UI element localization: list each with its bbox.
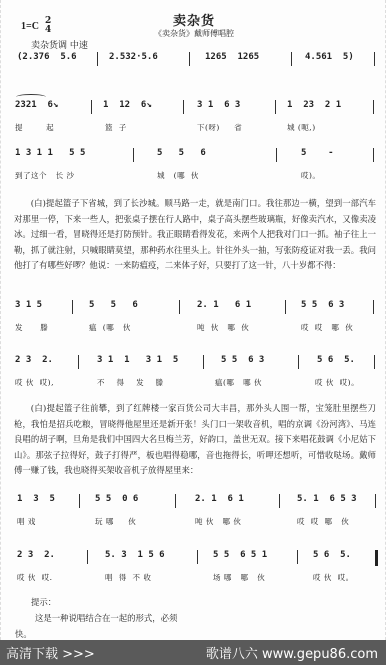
measure: 1 3 1 1 5 5 [15, 148, 85, 158]
measure: 3 1 5 [15, 300, 42, 310]
barline [179, 300, 180, 314]
time-bottom: 4 [45, 26, 51, 35]
lyric: 到了这个 长 沙 [15, 170, 75, 181]
lyric: 篮 子 [105, 122, 127, 133]
measure: 2.532·5.6 [109, 52, 158, 62]
lyrics-line-6: 哎 伙 哎. 唱 得 不 收 场 哪 哪 伙 哎 伙 哎。 [1, 572, 386, 588]
measure: 5. 1 6 5 3 [297, 494, 357, 504]
lyric: 场 哪 哪 伙 [213, 572, 265, 583]
hd-download-link[interactable]: 高清下载 >>> [6, 643, 95, 662]
measure: 2. 1 6 1 [195, 494, 244, 504]
lyric: 唱 戏 [17, 516, 36, 527]
barline [72, 300, 73, 314]
lyrics-line-5: 唱 戏 玩 哪 伙 吨 伙 哪 伙 哎 哎 哪 伙 [1, 516, 386, 532]
measure: 1 12 6↘ [103, 100, 152, 110]
lyric: 发 滕 [15, 322, 48, 333]
lyrics-line-3: 发 滕 瘟 (哪 伙 吨 伙 哪 伙 哎 哎 哪 伙 [1, 322, 386, 338]
measure: 3 1 6 3 [197, 100, 240, 110]
barline [298, 355, 299, 369]
lyric: 哎 伙 哎)。 [315, 377, 359, 388]
watermark-footer: 高清下载 >>> 歌谱八六 www.gepu86.com [0, 640, 386, 665]
lyric: 哎 伙 哎. [17, 572, 53, 583]
barline [79, 494, 80, 508]
measure: 2 3 2. [17, 550, 55, 560]
measure: 5 5 6 3 [301, 300, 344, 310]
lyrics-line-1: 提 起 篮 子 下(呀) 省 城 (呃,) [1, 122, 386, 138]
lyrics-line-4: 哎 伙 哎), 不 得 发 滕 瘟(哪 哪 伙 哎 伙 哎)。 [1, 377, 386, 393]
barline [97, 52, 98, 66]
spoken-paragraph-1: (白)提起篮子下省城，到了长沙城。顺马路一走，就是南门口。我往那边一横，望到一部… [14, 196, 376, 274]
barline [78, 355, 79, 369]
tempo-marking: 卖杂货调 中速 [31, 38, 88, 51]
lyric: 不 得 发 滕 [97, 377, 164, 388]
barline [373, 300, 374, 314]
lyric: 哎 伙 哎), [15, 377, 54, 388]
barline [91, 100, 92, 114]
lyric: 吨 伙 哪 伙 [197, 322, 249, 333]
barline [373, 148, 374, 162]
score-line-3: 3 1 5 5 5 6 2. 1 6 1 5 5 6 3 [1, 300, 386, 316]
lyric: 唱 得 不 收 [105, 572, 151, 583]
score-line-2: 1 3 1 1 5 5 5 5 6 5 - [1, 148, 386, 164]
score-line-1: 2321 6↘ 1 12 6↘ 3 1 6 3 1 23 2 1 [1, 100, 386, 116]
barline [183, 100, 184, 114]
measure: 1265 1265 [205, 52, 259, 62]
barline [285, 300, 286, 314]
measure: 5 5 6 5 1 [213, 550, 267, 560]
measure: 5 6 5. [313, 550, 351, 560]
score-page: 卖杂货 《卖杂货》戴师傅唱腔 1=C 2 4 卖杂货调 中速 (2.376 5.… [0, 0, 386, 640]
barline [375, 494, 376, 508]
lyric: 哎 哎 哪 伙 [301, 322, 353, 333]
measure: 5 5 6 [157, 148, 206, 158]
final-barline [375, 550, 378, 566]
barline [197, 550, 198, 564]
barline [374, 355, 375, 369]
barline [279, 494, 280, 508]
measure: 5 - [301, 148, 334, 158]
lyric: 玩 哪 伙 [95, 516, 136, 527]
barline [87, 550, 88, 564]
barline [175, 494, 176, 508]
measure: 2321 6↘ [15, 100, 58, 110]
barline [275, 100, 276, 114]
barline [203, 355, 204, 369]
measure: 3 1 1 3 1 5 [97, 355, 178, 365]
score-line-intro: (2.376 5.6 2.532·5.6 1265 1265 4.561 5) [1, 52, 386, 68]
barline [374, 52, 375, 66]
barline [276, 148, 277, 162]
barline [373, 100, 374, 114]
lyric: 城 (呃,) [287, 122, 316, 133]
barline [189, 52, 190, 66]
measure: 5 5 6 3 [221, 355, 264, 365]
hint-text: 这是一种说唱结合在一起的形式，必须 [35, 610, 177, 626]
measure: 5 5 0 6 [95, 494, 138, 504]
measure: (2.376 5.6 [17, 52, 77, 62]
lyric: 吨 伙 哪 伙 [195, 516, 241, 527]
score-line-4: 2 3 2. 3 1 1 3 1 5 5 5 6 3 5 6 5. [1, 355, 386, 371]
lyric: 瘟 (哪 伙 [89, 322, 131, 333]
song-title: 卖杂货 [1, 10, 386, 29]
lyric: 城 (哪 伙 [157, 170, 199, 181]
barline [133, 148, 134, 162]
measure: 2 3 2. [15, 355, 53, 365]
barline [291, 52, 292, 66]
measure: 4.561 5) [305, 52, 354, 62]
lyric: 哎)。 [301, 170, 320, 181]
hint-label: 提示： [31, 594, 56, 610]
measure: 5. 3 1 5 6 [105, 550, 165, 560]
site-link[interactable]: 歌谱八六 www.gepu86.com [206, 643, 378, 662]
spoken-paragraph-2: (白)提起篮子往前攀，到了红牌楼一家百货公司大丰昌，那外头人围一帮，宝笼肚里摆些… [14, 401, 376, 479]
lyrics-line-2: 到了这个 长 沙 城 (哪 伙 哎)。 [1, 170, 386, 186]
lyric: 哎 哎 哪 伙 [297, 516, 349, 527]
lyric: 瘟(哪 哪 伙 [215, 377, 262, 388]
measure: 5 6 5. [317, 355, 355, 365]
measure: 1 23 2 1 [287, 100, 341, 110]
measure: 1 3 5 [17, 494, 55, 504]
lyric: 提 起 [15, 122, 54, 133]
key-signature: 1=C [21, 21, 39, 32]
score-line-5: 1 3 5 5 5 0 6 2. 1 6 1 5. 1 6 5 3 [1, 494, 386, 510]
score-line-6: 2 3 2. 5. 3 1 5 6 5 5 6 5 1 5 6 5. [1, 550, 386, 566]
lyric: 哎 伙 哎。 [313, 572, 354, 583]
barline [297, 550, 298, 564]
measure: 2. 1 6 1 [197, 300, 251, 310]
lyric: 下(呀) 省 [197, 122, 242, 133]
measure: 5 5 6 [89, 300, 138, 310]
time-signature: 2 4 [45, 17, 51, 35]
